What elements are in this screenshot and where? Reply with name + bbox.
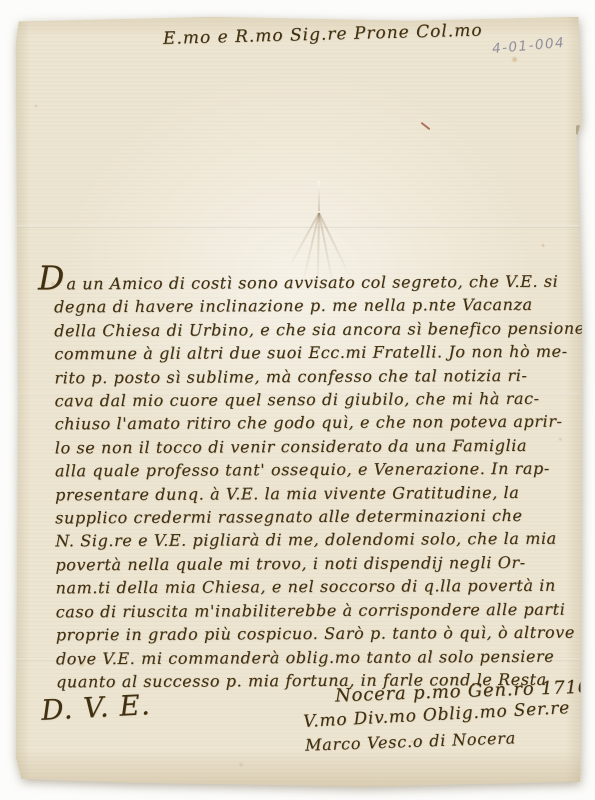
paper-edge-nick: [576, 125, 580, 135]
body-line: alla quale professo tant' ossequio, e Ve…: [55, 457, 575, 483]
body-line: cava dal mio cuore quel senso di giubilo…: [55, 387, 575, 413]
scan-background: { "catalog_number": "4-01-004", "letter"…: [0, 0, 595, 800]
body-line: chiuso l'amato ritiro che godo quì, e ch…: [55, 410, 575, 436]
letter-body: Da un Amico di costì sono avvisato col s…: [54, 267, 576, 694]
body-line: caso di riuscita m'inabiliterebbe à corr…: [56, 597, 576, 623]
letter-salutation-heading: E.mo e R.mo Sig.re Prone Col.mo: [163, 21, 463, 49]
body-line: dove V.E. mi commanderà oblig.mo tanto a…: [56, 644, 576, 670]
paper-wrapper: E.mo e R.mo Sig.re Prone Col.mo 4-01-004…: [0, 0, 595, 800]
body-line: proprie in grado più cospicuo. Sarò p. t…: [56, 621, 576, 647]
body-line: supplico credermi rassegnato alle determ…: [55, 504, 575, 530]
red-ink-speck: [421, 122, 431, 130]
signature-name-line: Marco Vesc.o di Nocera: [305, 728, 517, 754]
body-line: povertà nella quale mi trovo, i noti dis…: [55, 551, 575, 577]
body-line: presentare dunq. à V.E. la mia vivente G…: [55, 480, 575, 506]
body-line: della Chiesa di Urbino, e che sia ancora…: [54, 316, 574, 342]
fold-crease-top: [13, 225, 583, 228]
body-line: degna di havere inclinazione p. me nella…: [54, 293, 574, 319]
body-line: lo se non il tocco di venir considerato …: [55, 433, 575, 459]
body-line: rito p. posto sì sublime, mà confesso ch…: [54, 363, 574, 389]
catalog-number-pencil: 4-01-004: [491, 35, 565, 57]
letter-paper: E.mo e R.mo Sig.re Prone Col.mo 4-01-004…: [13, 13, 583, 788]
body-line: Da un Amico di costì sono avvisato col s…: [38, 267, 574, 296]
body-line: commune à gli altri due suoi Ecc.mi Frat…: [54, 340, 574, 366]
body-line: N. Sig.re e V.E. pigliarà di me, dolendo…: [55, 527, 575, 553]
valediction-monogram: D. V. E.: [40, 688, 151, 727]
body-line: nam.ti della mia Chiesa, e nel soccorso …: [56, 574, 576, 600]
